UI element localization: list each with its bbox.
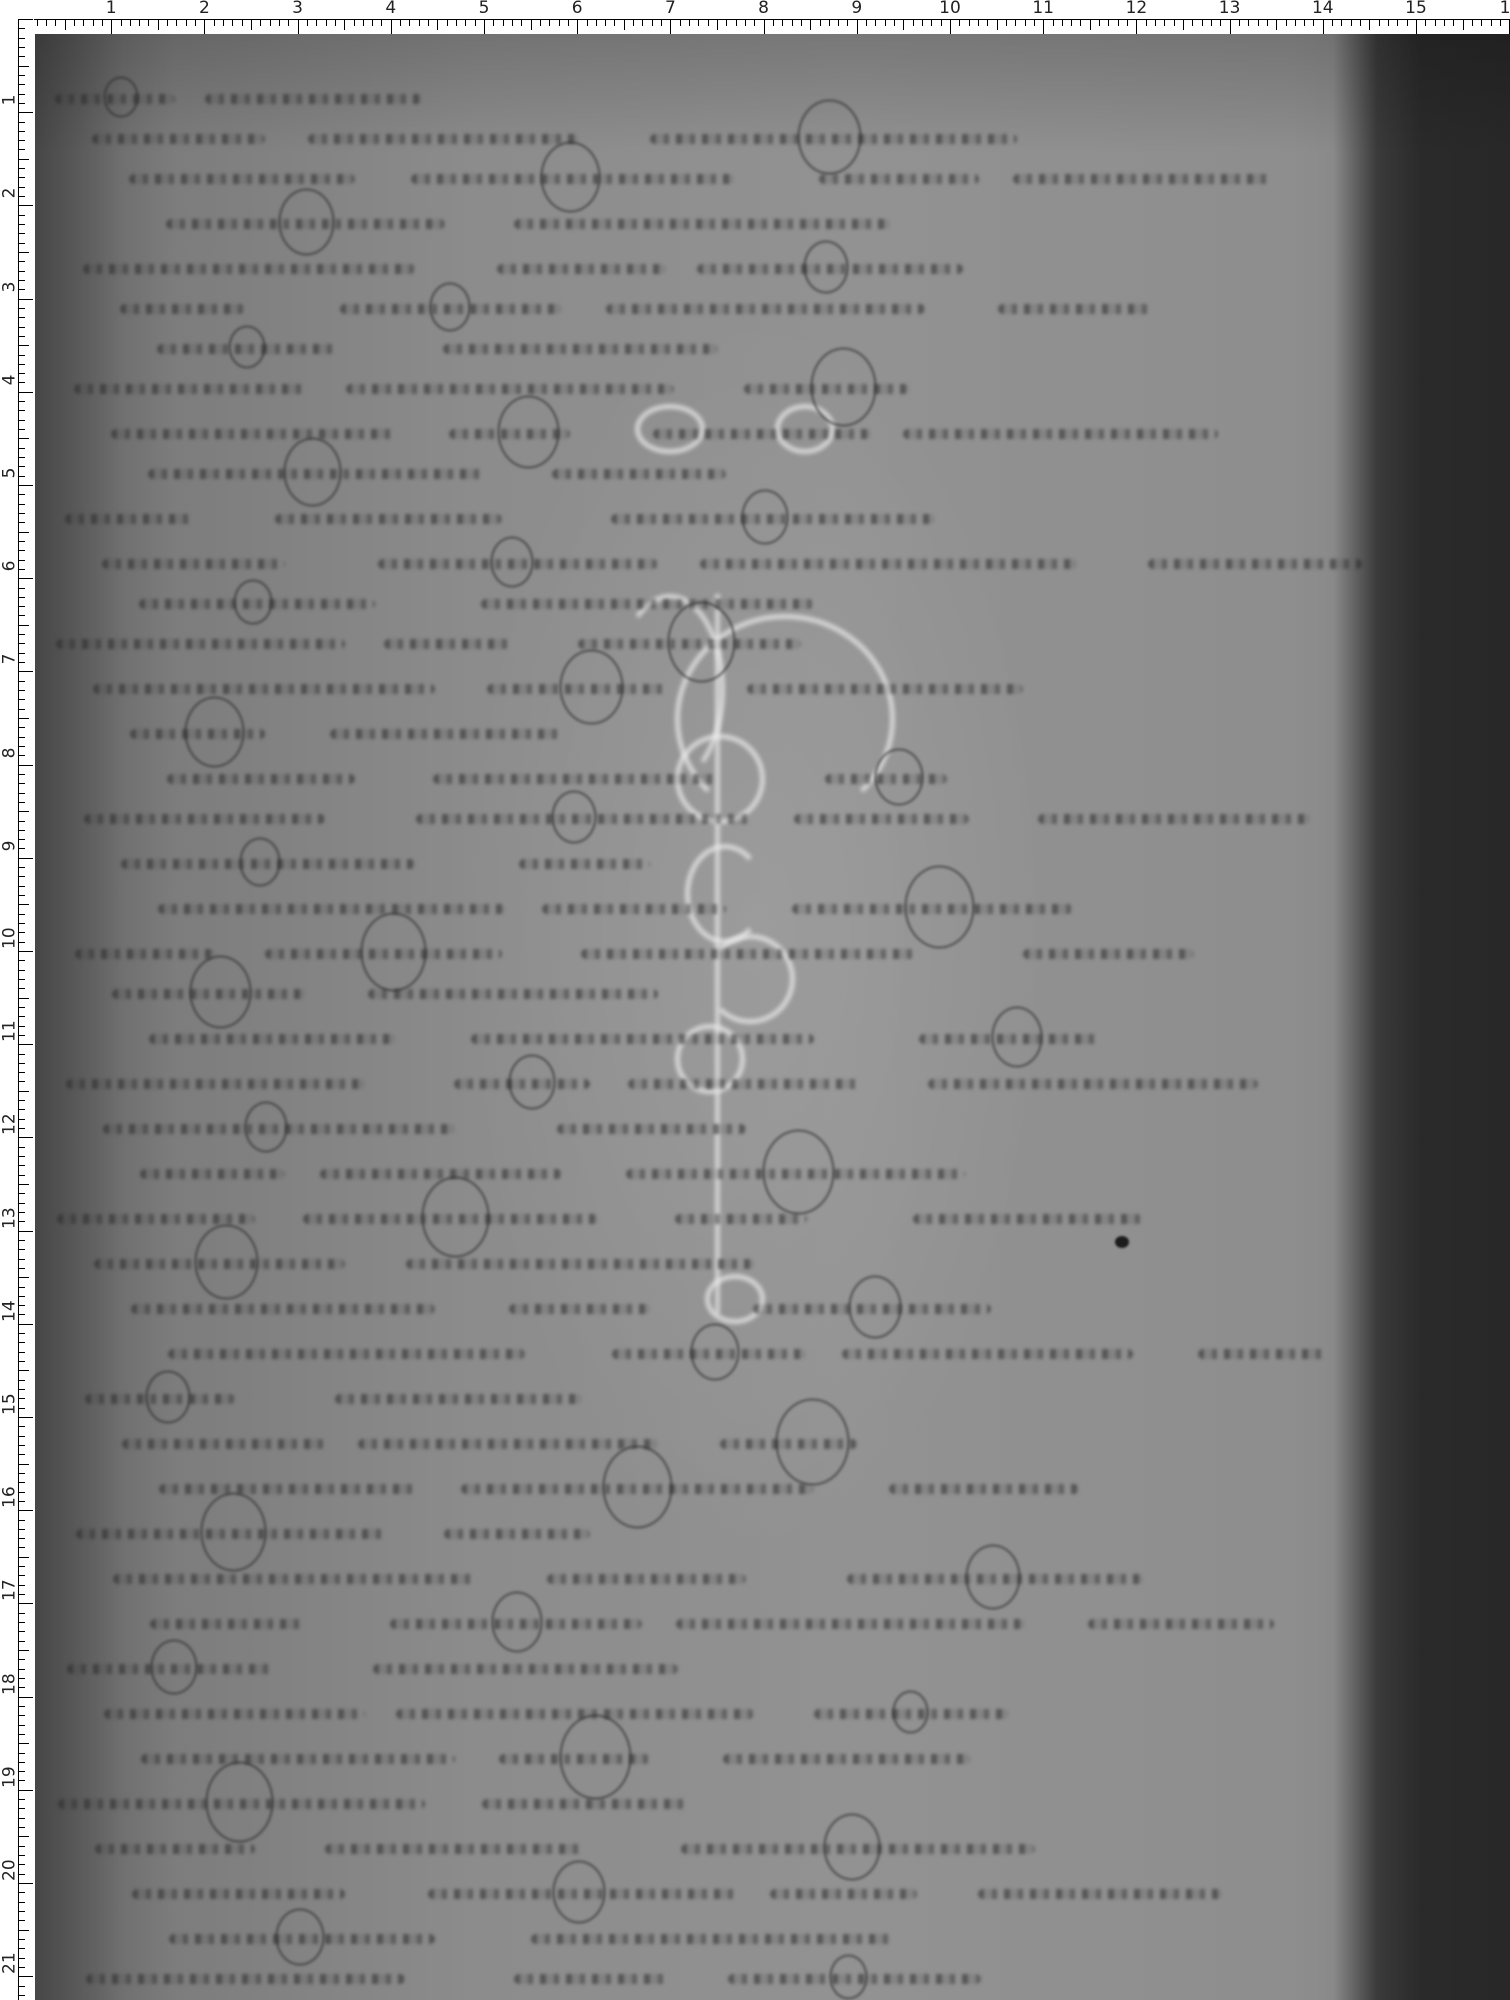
ink-blot	[1115, 1236, 1129, 1248]
left-ruler-tick	[18, 970, 25, 971]
left-ruler-tick	[18, 1902, 25, 1903]
handwriting-line	[723, 1754, 971, 1764]
top-ruler-tick	[661, 19, 662, 26]
left-ruler-label: 12	[2, 1115, 19, 1135]
handwriting-flourish	[205, 1761, 274, 1843]
left-ruler-tick	[18, 1818, 25, 1819]
top-ruler-tick	[549, 19, 550, 26]
top-ruler-tick	[875, 19, 876, 26]
left-ruler-tick	[18, 793, 25, 794]
top-ruler-tick	[1453, 19, 1454, 26]
handwriting-flourish	[690, 1323, 740, 1382]
left-ruler-tick	[18, 438, 29, 439]
left-ruler-tick	[18, 327, 25, 328]
left-ruler-tick	[18, 131, 25, 132]
left-ruler-tick	[18, 1054, 25, 1055]
left-ruler-tick	[18, 364, 25, 365]
left-ruler-tick	[18, 1268, 25, 1269]
left-ruler-tick	[18, 1790, 33, 1791]
left-ruler-label: 14	[2, 1302, 19, 1322]
handwriting-line	[131, 1304, 435, 1314]
left-ruler-tick	[18, 177, 25, 178]
left-ruler-tick	[18, 1473, 25, 1474]
top-ruler-tick	[1500, 19, 1501, 26]
top-ruler-tick	[633, 19, 634, 26]
top-ruler-tick	[1006, 19, 1007, 26]
left-ruler-tick	[18, 1175, 25, 1176]
left-ruler-tick	[18, 1324, 33, 1325]
top-ruler-tick	[1136, 19, 1137, 34]
left-ruler-tick	[18, 1417, 33, 1418]
left-ruler-tick	[18, 904, 29, 905]
top-ruler-tick	[587, 19, 588, 26]
top-ruler-tick	[83, 19, 84, 26]
left-ruler-tick	[18, 541, 25, 542]
top-ruler-label: 5	[479, 0, 490, 17]
handwriting-line	[444, 1529, 590, 1539]
top-ruler-tick	[372, 19, 373, 26]
top-ruler-tick	[260, 19, 261, 26]
top-ruler-tick	[1164, 19, 1165, 26]
top-ruler-tick	[1211, 19, 1212, 26]
left-ruler-tick	[18, 625, 29, 626]
top-ruler-tick	[894, 19, 895, 26]
top-ruler-tick	[1155, 19, 1156, 26]
top-ruler-tick	[1341, 19, 1342, 26]
left-ruler-tick	[18, 429, 25, 430]
left-ruler-tick	[18, 345, 29, 346]
top-ruler-tick	[857, 19, 858, 34]
left-ruler-tick	[18, 308, 25, 309]
left-ruler-label: 17	[2, 1581, 19, 1601]
left-ruler-tick	[18, 1137, 33, 1138]
left-ruler-tick	[18, 783, 25, 784]
left-ruler-label: 9	[2, 836, 19, 856]
top-ruler-tick	[1444, 19, 1445, 26]
handwriting-line	[325, 1844, 582, 1854]
left-ruler-tick	[18, 1296, 25, 1297]
top-ruler-tick	[1295, 19, 1296, 26]
handwriting-line	[368, 989, 658, 999]
handwriting-line	[141, 1754, 455, 1764]
handwriting-line	[928, 1079, 1258, 1089]
left-ruler-tick	[18, 597, 25, 598]
handwriting-flourish	[762, 1129, 835, 1215]
top-ruler-tick	[307, 19, 308, 26]
top-ruler-tick	[1267, 19, 1268, 26]
left-ruler-tick	[18, 1081, 25, 1082]
top-ruler-tick	[801, 19, 802, 26]
handwriting-line	[606, 304, 925, 314]
left-ruler-tick	[18, 876, 25, 877]
handwriting-line	[675, 1214, 807, 1224]
handwriting-flourish	[239, 837, 281, 886]
top-ruler-tick	[1323, 19, 1324, 34]
handwriting-line	[1148, 559, 1362, 569]
handwriting-flourish	[559, 649, 624, 726]
handwriting-flourish	[497, 395, 560, 469]
top-ruler-tick	[559, 19, 560, 26]
left-ruler-tick	[18, 951, 33, 952]
left-ruler-tick	[18, 1361, 25, 1362]
top-ruler-label: 7	[665, 0, 676, 17]
top-ruler-tick	[37, 19, 38, 26]
left-ruler-tick	[18, 588, 25, 589]
top-ruler-tick	[1099, 19, 1100, 26]
top-ruler-tick	[363, 19, 364, 26]
handwriting-flourish	[228, 325, 266, 369]
top-ruler-tick	[195, 19, 196, 26]
left-ruler-label: 19	[2, 1768, 19, 1788]
handwriting-line	[676, 1619, 1025, 1629]
handwriting-line	[120, 304, 245, 314]
top-ruler-tick	[987, 19, 988, 26]
left-ruler-tick	[18, 1482, 25, 1483]
top-ruler-tick	[1397, 19, 1398, 26]
left-ruler-tick	[18, 1464, 29, 1465]
top-ruler-tick	[335, 19, 336, 26]
top-ruler-label: 1	[106, 0, 117, 17]
left-ruler-tick	[18, 271, 25, 272]
handwriting-line	[150, 1619, 305, 1629]
top-ruler-tick	[540, 19, 541, 26]
left-ruler-tick	[18, 895, 25, 896]
left-ruler-tick	[18, 38, 25, 39]
left-ruler-label: 21	[2, 1954, 19, 1974]
left-ruler-tick	[18, 998, 29, 999]
top-ruler-tick	[736, 19, 737, 26]
handwriting-line	[1198, 1349, 1326, 1359]
top-ruler-tick	[484, 19, 485, 34]
left-ruler-tick	[18, 681, 25, 682]
left-ruler-tick	[18, 1948, 25, 1949]
top-ruler-tick	[167, 19, 168, 26]
handwriting-line	[842, 1349, 1133, 1359]
left-ruler-label: 10	[2, 929, 19, 949]
handwriting-flourish	[904, 865, 975, 949]
left-ruler-tick	[18, 112, 33, 113]
handwriting-flourish	[429, 282, 471, 331]
left-ruler-tick	[18, 1240, 25, 1241]
top-ruler-tick	[1369, 19, 1370, 30]
left-ruler-tick	[18, 1147, 25, 1148]
handwriting-line	[86, 1974, 405, 1984]
handwriting-flourish	[189, 955, 252, 1029]
left-ruler-tick	[18, 299, 33, 300]
left-ruler-tick	[18, 727, 25, 728]
handwriting-flourish	[233, 579, 273, 626]
top-ruler-tick	[1239, 19, 1240, 26]
left-ruler-tick	[18, 233, 25, 234]
top-ruler-tick	[950, 19, 951, 34]
handwriting-line	[320, 1169, 562, 1179]
top-ruler-tick	[148, 19, 149, 26]
left-ruler-tick	[18, 243, 25, 244]
left-ruler-tick	[18, 1669, 25, 1670]
handwriting-line	[140, 1169, 285, 1179]
handwriting-flourish	[892, 1690, 929, 1733]
top-ruler-tick	[279, 19, 280, 26]
top-ruler-tick	[1416, 19, 1417, 34]
left-ruler-label: 7	[2, 649, 19, 669]
top-ruler-tick	[754, 19, 755, 26]
left-ruler-tick	[18, 1930, 29, 1931]
top-ruler-tick	[1183, 19, 1184, 30]
left-ruler-tick	[18, 1231, 33, 1232]
top-ruler-tick	[447, 19, 448, 26]
left-ruler-label: 4	[2, 370, 19, 390]
left-ruler-tick	[18, 1976, 33, 1977]
handwriting-line	[819, 174, 979, 184]
top-ruler-tick	[1388, 19, 1389, 26]
handwriting-flourish	[194, 1224, 259, 1301]
left-ruler-tick	[18, 1659, 25, 1660]
left-ruler-tick	[18, 1566, 25, 1567]
handwriting-flourish	[991, 1006, 1043, 1067]
left-ruler-label: 16	[2, 1488, 19, 1508]
top-ruler-tick	[242, 19, 243, 26]
left-ruler-tick	[18, 457, 25, 458]
left-ruler-tick	[18, 709, 25, 710]
top-ruler-tick	[903, 19, 904, 30]
left-ruler-tick	[18, 1920, 25, 1921]
handwriting-line	[482, 1799, 686, 1809]
top-ruler-label: 11	[1032, 0, 1054, 17]
left-ruler-tick	[18, 280, 25, 281]
top-ruler-tick	[1146, 19, 1147, 26]
top-ruler-label: 4	[385, 0, 396, 17]
left-ruler-tick	[18, 550, 25, 551]
top-ruler-label: 10	[939, 0, 961, 17]
top-ruler-tick	[624, 19, 625, 30]
top-ruler-tick	[493, 19, 494, 26]
handwriting-line	[346, 384, 674, 394]
left-ruler-tick	[18, 774, 25, 775]
top-ruler-tick	[232, 19, 233, 26]
top-ruler-tick	[1435, 19, 1436, 26]
handwriting-flourish	[741, 489, 789, 545]
handwriting-line	[433, 774, 718, 784]
top-ruler-label: 9	[851, 0, 862, 17]
left-ruler-tick	[18, 606, 25, 607]
handwriting-line	[497, 264, 666, 274]
left-ruler-tick	[18, 1892, 25, 1893]
left-ruler-tick	[18, 410, 25, 411]
top-ruler-tick	[792, 19, 793, 26]
handwriting-line	[628, 1079, 861, 1089]
handwriting-line	[65, 514, 195, 524]
top-ruler-tick	[428, 19, 429, 26]
top-ruler-tick	[176, 19, 177, 26]
handwriting-line	[167, 774, 355, 784]
left-ruler-tick	[18, 1277, 29, 1278]
top-ruler-tick	[214, 19, 215, 26]
handwriting-line	[700, 559, 1077, 569]
left-ruler-tick	[18, 1855, 25, 1856]
top-ruler-label: 14	[1312, 0, 1334, 17]
handwriting-line	[1013, 174, 1270, 184]
top-ruler-tick	[1118, 19, 1119, 26]
top-ruler-tick	[531, 19, 532, 30]
top-ruler-tick	[726, 19, 727, 26]
left-ruler-tick	[18, 886, 25, 887]
left-ruler-tick	[18, 149, 25, 150]
handwriting-flourish	[552, 1860, 606, 1924]
top-ruler-tick	[829, 19, 830, 26]
left-ruler-tick	[18, 1743, 29, 1744]
top-ruler-tick	[74, 19, 75, 26]
top-ruler-tick	[1192, 19, 1193, 26]
left-ruler-tick	[18, 1333, 25, 1334]
left-ruler-tick	[18, 615, 25, 616]
top-ruler-tick	[65, 19, 66, 30]
left-ruler-tick	[18, 1184, 29, 1185]
top-ruler-label: 13	[1219, 0, 1241, 17]
handwriting-line	[913, 1214, 1142, 1224]
left-ruler-tick	[18, 1380, 25, 1381]
top-ruler-label: 2	[199, 0, 210, 17]
top-ruler-tick	[130, 19, 131, 26]
handwriting-line	[205, 94, 422, 104]
left-ruler-tick	[18, 336, 25, 337]
left-ruler-tick	[18, 485, 33, 486]
left-ruler-tick	[18, 1426, 25, 1427]
top-ruler-tick	[1472, 19, 1473, 26]
top-ruler-tick	[1304, 19, 1305, 26]
left-ruler-tick	[18, 532, 29, 533]
left-ruler-tick	[18, 821, 25, 822]
left-ruler-tick	[18, 858, 33, 859]
left-ruler-tick	[18, 1575, 25, 1576]
left-ruler-tick	[18, 66, 29, 67]
left-ruler-tick	[18, 513, 25, 514]
top-ruler-tick	[866, 19, 867, 26]
left-ruler-tick	[18, 1762, 25, 1763]
left-ruler-tick	[18, 1986, 25, 1987]
left-ruler-tick	[18, 168, 25, 169]
top-ruler-tick	[46, 19, 47, 26]
left-ruler-tick	[18, 401, 25, 402]
left-ruler-tick	[18, 1436, 25, 1437]
top-ruler-tick	[1025, 19, 1026, 26]
left-ruler-label: 1	[2, 90, 19, 110]
left-ruler-tick	[18, 1995, 25, 1996]
handwriting-line	[396, 1709, 754, 1719]
left-ruler-tick	[18, 699, 25, 700]
left-ruler-tick	[18, 839, 25, 840]
handwriting-flourish	[508, 1054, 556, 1110]
left-ruler-tick	[18, 1203, 25, 1204]
top-ruler-tick	[1090, 19, 1091, 30]
left-ruler-tick	[18, 1259, 25, 1260]
top-ruler-tick	[1276, 19, 1277, 30]
handwriting-line	[481, 599, 814, 609]
top-ruler-tick	[270, 19, 271, 26]
top-ruler-tick	[139, 19, 140, 26]
handwriting-flourish	[103, 76, 139, 118]
left-ruler-tick	[18, 979, 25, 980]
left-ruler-tick	[18, 1165, 25, 1166]
top-ruler-tick	[969, 19, 970, 26]
top-ruler-label: 15	[1405, 0, 1427, 17]
top-ruler-tick	[1332, 19, 1333, 26]
handwriting-line	[102, 559, 285, 569]
top-ruler-tick	[652, 19, 653, 26]
left-ruler-tick	[18, 1193, 25, 1194]
handwriting-line	[308, 134, 578, 144]
left-ruler-label: 11	[2, 1022, 19, 1042]
left-ruler-baseline	[18, 19, 19, 2000]
left-ruler-tick	[18, 578, 33, 579]
top-ruler-tick	[847, 19, 848, 26]
left-ruler-tick	[18, 215, 25, 216]
left-ruler-tick	[18, 914, 25, 915]
left-ruler-tick	[18, 504, 25, 505]
handwriting-line	[557, 1124, 746, 1134]
left-ruler-tick	[18, 830, 25, 831]
top-ruler-tick	[344, 19, 345, 30]
top-ruler-tick	[354, 19, 355, 26]
handwriting-line	[358, 1439, 658, 1449]
top-ruler-tick	[689, 19, 690, 26]
left-ruler-tick	[18, 1156, 25, 1157]
top-ruler-tick	[437, 19, 438, 30]
top-ruler-tick	[670, 19, 671, 34]
top-ruler-tick	[456, 19, 457, 26]
handwriting-line	[330, 729, 562, 739]
handwriting-line	[542, 904, 726, 914]
top-ruler-tick	[680, 19, 681, 26]
top-ruler-tick	[997, 19, 998, 30]
left-ruler-tick	[18, 373, 25, 374]
scan-shadow-left	[35, 34, 175, 2000]
top-ruler-tick	[1258, 19, 1259, 26]
top-ruler-tick	[605, 19, 606, 26]
top-ruler-tick	[1286, 19, 1287, 26]
left-ruler-tick	[18, 159, 29, 160]
top-ruler-tick	[391, 19, 392, 34]
handwriting-flourish	[421, 1176, 490, 1258]
left-ruler-tick	[18, 1706, 25, 1707]
left-ruler-tick	[18, 1389, 25, 1390]
handwriting-flourish	[275, 1908, 325, 1967]
handwriting-line	[747, 684, 1023, 694]
top-ruler-tick	[93, 19, 94, 26]
top-ruler-tick	[717, 19, 718, 30]
top-ruler-tick	[1062, 19, 1063, 26]
handwriting-line	[406, 1259, 754, 1269]
handwriting-line	[384, 639, 510, 649]
top-ruler-tick	[782, 19, 783, 26]
handwriting-line	[770, 1889, 917, 1899]
left-ruler-tick	[18, 1603, 33, 1604]
handwriting-flourish	[490, 536, 534, 588]
handwriting-line	[1023, 949, 1194, 959]
top-ruler-label: 6	[572, 0, 583, 17]
top-ruler-tick	[745, 19, 746, 26]
top-ruler-tick	[1230, 19, 1231, 34]
handwriting-flourish	[775, 1398, 850, 1487]
top-ruler-tick	[1053, 19, 1054, 26]
left-ruler-label: 18	[2, 1675, 19, 1695]
top-ruler-tick	[251, 19, 252, 30]
left-ruler-tick	[18, 1557, 29, 1558]
left-ruler-tick	[18, 1109, 25, 1110]
handwriting-flourish	[803, 240, 849, 294]
handwriting-line	[93, 684, 435, 694]
handwriting-line	[581, 949, 915, 959]
left-ruler-tick	[18, 1799, 25, 1800]
